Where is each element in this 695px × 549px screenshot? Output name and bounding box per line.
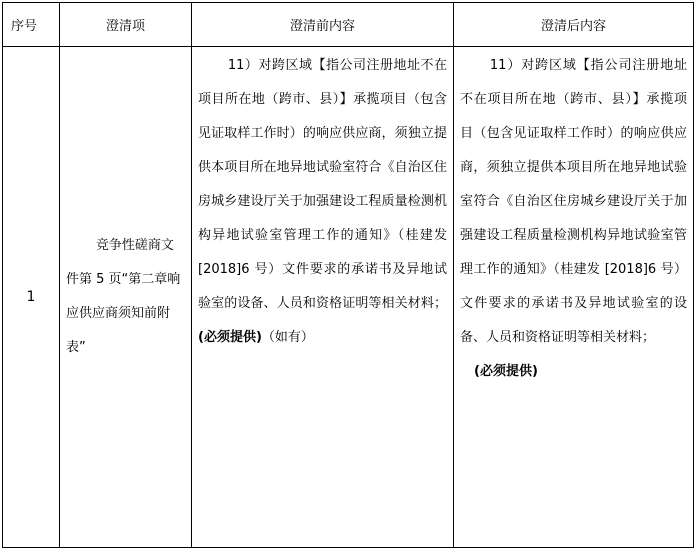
content-before-body: 11）对跨区域【指公司注册地址不在项目所在地（跨市、县）】承揽项目（包含见证取样…	[198, 58, 447, 311]
row-clarification-item: 竞争性磋商文件第 5 页“第二章响应供应商须知前附表”	[60, 47, 192, 548]
row-index: 1	[3, 47, 60, 548]
content-after-required-line: (必须提供)	[460, 355, 687, 389]
table-row: 1 竞争性磋商文件第 5 页“第二章响应供应商须知前附表” 11）对跨区域【指公…	[3, 47, 694, 548]
header-content-before: 澄清前内容	[192, 3, 454, 47]
header-clarification-item: 澄清项	[60, 3, 192, 47]
content-before-text: 11）对跨区域【指公司注册地址不在项目所在地（跨市、县）】承揽项目（包含见证取样…	[198, 49, 447, 355]
row-content-before: 11）对跨区域【指公司注册地址不在项目所在地（跨市、县）】承揽项目（包含见证取样…	[192, 47, 454, 548]
row-content-after: 11）对跨区域【指公司注册地址不在项目所在地（跨市、县）】承揽项目（包含见证取样…	[454, 47, 694, 548]
content-after-body: 11）对跨区域【指公司注册地址不在项目所在地（跨市、县）】承揽项目（包含见证取样…	[460, 58, 687, 345]
clarification-item-text: 竞争性磋商文件第 5 页“第二章响应供应商须知前附表”	[66, 229, 185, 365]
content-after-text: 11）对跨区域【指公司注册地址不在项目所在地（跨市、县）】承揽项目（包含见证取样…	[460, 49, 687, 355]
table-header-row: 序号 澄清项 澄清前内容 澄清后内容	[3, 3, 694, 47]
content-after-required: (必须提供)	[474, 364, 538, 379]
clarification-table: 序号 澄清项 澄清前内容 澄清后内容 1 竞争性磋商文件第 5 页“第二章响应供…	[2, 2, 694, 548]
header-index: 序号	[3, 3, 60, 47]
content-before-optional: （如有）	[262, 330, 314, 345]
header-content-after: 澄清后内容	[454, 3, 694, 47]
content-before-required: (必须提供)	[198, 330, 262, 345]
